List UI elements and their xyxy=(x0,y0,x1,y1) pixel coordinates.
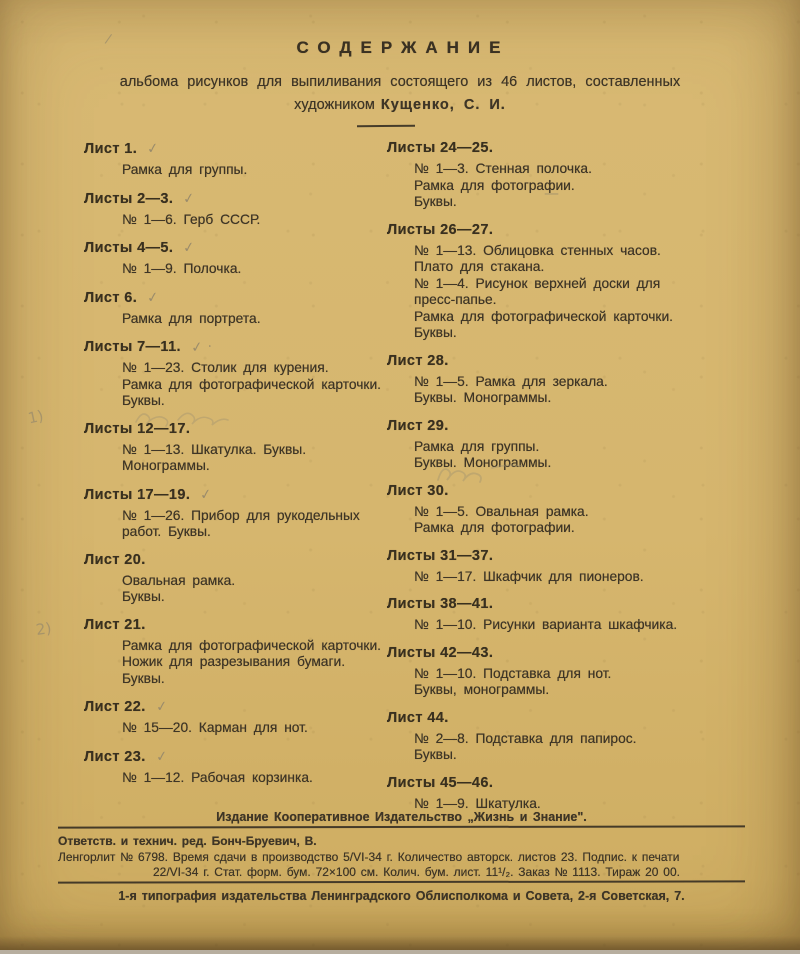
sheet-description-line: Монограммы. xyxy=(122,458,387,475)
sheet-description-block: № 1—26. Прибор для рукодельныхработ. Бук… xyxy=(122,508,387,541)
imprint-footer: Издание Кооперативное Издательство „Жизн… xyxy=(0,810,800,903)
editor-line: Ответств. и технич. ред. Бонч-Бруевич, В… xyxy=(58,834,745,848)
sheet-heading-row: Листы 17—19.✓ xyxy=(84,486,387,504)
sheet-description-line: Рамка для группы. xyxy=(414,439,748,456)
sheet-heading: Лист 20. xyxy=(84,552,146,568)
sheet-heading: Лист 44. xyxy=(387,710,449,726)
toc-entry: Листы 17—19.✓№ 1—26. Прибор для рукодель… xyxy=(84,486,387,541)
scan-edge xyxy=(0,950,800,954)
toc-entry: Листы 45—46.№ 1—9. Шкатулка. xyxy=(387,775,748,813)
page-bottom-shadow xyxy=(0,936,800,950)
sheet-heading: Лист 23. xyxy=(84,749,146,765)
sheet-description-line: № 2—8. Подставка для папирос. xyxy=(414,731,748,748)
imprint-line-1: Ленгорлит № 6798. Время сдачи в производ… xyxy=(58,850,745,864)
sheet-heading: Лист 29. xyxy=(387,418,449,434)
subtitle-line-1: альбома рисунков для выпиливания состоящ… xyxy=(10,74,790,90)
sheet-description-line: Рамка для фотографической карточки. xyxy=(122,377,387,394)
sheet-description-block: № 1—3. Стенная полочка.Рамка для фотогра… xyxy=(414,161,748,211)
sheet-description-line: Плато для стакана. xyxy=(414,259,748,276)
scanned-page: СОДЕРЖАНИЕ альбома рисунков для выпилива… xyxy=(0,0,800,954)
sheet-description-line: № 1—5. Овальная рамка. xyxy=(414,504,748,521)
sheet-description-line: Буквы. xyxy=(122,671,387,688)
sheet-description-line: работ. Буквы. xyxy=(122,524,387,541)
sheet-description-block: № 2—8. Подставка для папирос.Буквы. xyxy=(414,731,748,764)
sheet-heading: Листы 31—37. xyxy=(387,548,493,564)
sheet-heading-row: Лист 29. xyxy=(387,418,748,435)
toc-entry: Листы 2—3.✓№ 1—6. Герб СССР. xyxy=(84,190,387,229)
sheet-description-block: № 1—9. Полочка. xyxy=(122,261,387,278)
sheet-description-block: № 1—17. Шкафчик для пионеров. xyxy=(414,569,748,586)
toc-entry: Листы 42—43.№ 1—10. Подставка для нот.Бу… xyxy=(387,645,748,699)
sheet-description-line: № 1—4. Рисунок верхней доски для xyxy=(414,276,748,293)
toc-entry: Листы 31—37.№ 1—17. Шкафчик для пионеров… xyxy=(387,548,748,586)
sheet-description-block: Рамка для группы. xyxy=(122,162,387,179)
sheet-description-line: № 1—17. Шкафчик для пионеров. xyxy=(414,569,748,586)
sheet-heading-row: Листы 24—25. xyxy=(387,140,748,157)
sheet-heading-row: Лист 6.✓ xyxy=(84,289,387,307)
sheet-description-line: № 1—12. Рабочая корзинка. xyxy=(122,770,387,787)
sheet-heading-row: Лист 21. xyxy=(84,617,387,634)
sheet-description-line: Овальная рамка. xyxy=(122,573,387,590)
sheet-description-line: Рамка для группы. xyxy=(122,162,387,179)
sheet-heading: Лист 21. xyxy=(84,617,146,633)
sheet-description-line: № 15—20. Карман для нот. xyxy=(122,720,387,737)
sheet-description-line: Рамка для фотографии. xyxy=(414,178,748,195)
sheet-description-line: № 1—5. Рамка для зеркала. xyxy=(414,374,748,391)
sheet-description-block: № 1—12. Рабочая корзинка. xyxy=(122,770,387,787)
sheet-heading-row: Листы 45—46. xyxy=(387,775,748,792)
sheet-heading-row: Лист 28. xyxy=(387,353,748,370)
sheet-heading-row: Листы 4—5.✓ xyxy=(84,239,387,257)
sheet-heading-row: Листы 7—11.✓ · xyxy=(84,338,387,356)
toc-entry: Лист 30.№ 1—5. Овальная рамка.Рамка для … xyxy=(387,483,748,537)
toc-entry: Листы 26—27.№ 1—13. Облицовка стенных ча… xyxy=(387,222,748,342)
sheet-description-block: № 1—10. Подставка для нот.Буквы, моногра… xyxy=(414,666,748,699)
toc-entry: Листы 24—25.№ 1—3. Стенная полочка.Рамка… xyxy=(387,140,748,211)
sheet-description-line: № 1—10. Подставка для нот. xyxy=(414,666,748,683)
sheet-heading: Лист 1. xyxy=(84,141,137,157)
sheet-heading: Листы 38—41. xyxy=(387,596,493,612)
sheet-description-line: Буквы. xyxy=(414,747,748,764)
pencil-checkmark: ✓ xyxy=(146,139,160,158)
document-header: СОДЕРЖАНИЕ альбома рисунков для выпилива… xyxy=(0,0,800,127)
sheet-heading-row: Лист 23.✓ xyxy=(84,748,387,766)
sheet-description-block: Рамка для фотографической карточки.Ножик… xyxy=(122,638,387,688)
footer-rule-bottom xyxy=(58,880,745,883)
sheet-heading-row: Листы 42—43. xyxy=(387,645,748,662)
pencil-scribble xyxy=(432,458,532,488)
pencil-checkmark: ✓ xyxy=(182,189,196,208)
sheet-heading-row: Листы 2—3.✓ xyxy=(84,190,387,208)
sheet-description-block: Рамка для портрета. xyxy=(122,311,387,328)
toc-entry: Лист 44.№ 2—8. Подставка для папирос.Бук… xyxy=(387,710,748,764)
sheet-description-line: № 1—23. Столик для курения. xyxy=(122,360,387,377)
sheet-heading: Листы 45—46. xyxy=(387,775,493,791)
toc-entry: Лист 23.✓№ 1—12. Рабочая корзинка. xyxy=(84,748,387,787)
sheet-heading: Листы 24—25. xyxy=(387,140,493,156)
subtitle-normal: художником xyxy=(294,97,375,113)
author-name: Кущенко, С. И. xyxy=(381,97,506,113)
sheet-heading-row: Лист 22.✓ xyxy=(84,698,387,716)
sheet-description-line: Рамка для фотографической карточки. xyxy=(122,638,387,655)
sheet-description-line: Буквы. xyxy=(414,194,748,211)
toc-entry: Листы 7—11.✓ ·№ 1—23. Столик для курения… xyxy=(84,338,387,410)
sheet-description-block: № 1—6. Герб СССР. xyxy=(122,212,387,229)
sheet-description-line: Буквы. Монограммы. xyxy=(414,390,748,407)
sheet-description-block: № 1—13. Облицовка стенных часов.Плато дл… xyxy=(414,243,748,342)
sheet-heading-row: Лист 1.✓ xyxy=(84,140,387,158)
sheet-description-line: № 1—9. Полочка. xyxy=(122,261,387,278)
toc-column-left: Лист 1.✓Рамка для группы.Листы 2—3.✓№ 1—… xyxy=(84,140,387,823)
sheet-description-line: № 1—6. Герб СССР. xyxy=(122,212,387,229)
toc-entry: Лист 1.✓Рамка для группы. xyxy=(84,140,387,179)
sheet-description-line: Рамка для портрета. xyxy=(122,311,387,328)
imprint-line-2: 22/VI-34 г. Стат. форм. бум. 72×100 см. … xyxy=(153,865,745,879)
sheet-description-block: № 1—13. Шкатулка. Буквы.Монограммы. xyxy=(122,442,387,475)
sheet-heading-row: Листы 26—27. xyxy=(387,222,748,239)
toc-entry: Лист 28.№ 1—5. Рамка для зеркала.Буквы. … xyxy=(387,353,748,407)
sheet-heading: Листы 17—19. xyxy=(84,487,190,503)
toc-entry: Листы 38—41.№ 1—10. Рисунки варианта шка… xyxy=(387,596,748,634)
sheet-description-line: № 1—3. Стенная полочка. xyxy=(414,161,748,178)
sheet-description-line: № 1—10. Рисунки варианта шкафчика. xyxy=(414,617,748,634)
subtitle-line-2: художникомКущенко, С. И. xyxy=(0,97,800,113)
table-of-contents: Лист 1.✓Рамка для группы.Листы 2—3.✓№ 1—… xyxy=(0,140,800,823)
sheet-heading: Листы 4—5. xyxy=(84,240,173,256)
sheet-description-line: № 1—13. Облицовка стенных часов. xyxy=(414,243,748,260)
sheet-description-line: № 1—13. Шкатулка. Буквы. xyxy=(122,442,387,459)
sheet-description-block: № 1—5. Рамка для зеркала.Буквы. Монограм… xyxy=(414,374,748,407)
sheet-heading-row: Лист 20. xyxy=(84,552,387,569)
toc-entry: Лист 20.Овальная рамка.Буквы. xyxy=(84,552,387,606)
toc-entry: Лист 22.✓№ 15—20. Карман для нот. xyxy=(84,698,387,737)
sheet-heading-row: Листы 38—41. xyxy=(387,596,748,613)
page-title: СОДЕРЖАНИЕ xyxy=(6,38,800,58)
sheet-heading: Лист 22. xyxy=(84,699,146,715)
sheet-description-block: № 15—20. Карман для нот. xyxy=(122,720,387,737)
pencil-checkmark: ✓ · xyxy=(190,337,214,357)
toc-entry: Лист 6.✓Рамка для портрета. xyxy=(84,289,387,328)
title-divider xyxy=(357,125,415,127)
pencil-margin-mark-2: 2) xyxy=(35,619,53,639)
sheet-description-line: Рамка для фотографической карточки. xyxy=(414,309,748,326)
sheet-description-block: № 1—5. Овальная рамка.Рамка для фотограф… xyxy=(414,504,748,537)
sheet-description-line: Буквы. xyxy=(414,325,748,342)
sheet-description-line: № 1—26. Прибор для рукодельных xyxy=(122,508,387,525)
pencil-checkmark: ✓ xyxy=(182,238,196,257)
sheet-heading: Листы 2—3. xyxy=(84,191,173,207)
pencil-checkmark: ✓ xyxy=(146,288,160,307)
sheet-description-line: Ножик для разрезывания бумаги. xyxy=(122,654,387,671)
sheet-heading-row: Листы 31—37. xyxy=(387,548,748,565)
sheet-description-line: Буквы, монограммы. xyxy=(414,682,748,699)
sheet-heading: Листы 7—11. xyxy=(84,339,181,355)
pencil-scribble xyxy=(132,404,262,430)
sheet-description-block: № 1—23. Столик для курения.Рамка для фот… xyxy=(122,360,387,410)
sheet-description-line: Буквы. xyxy=(122,589,387,606)
sheet-heading: Листы 26—27. xyxy=(387,222,493,238)
toc-entry: Лист 21.Рамка для фотографической карточ… xyxy=(84,617,387,688)
pencil-checkmark: ✓ xyxy=(155,747,169,766)
sheet-description-line: Рамка для фотографии. xyxy=(414,520,748,537)
publisher-line: Издание Кооперативное Издательство „Жизн… xyxy=(58,810,745,824)
pencil-checkmark: ✓ xyxy=(155,697,169,716)
pencil-dash-mark: — xyxy=(544,184,558,202)
toc-entry: Листы 4—5.✓№ 1—9. Полочка. xyxy=(84,239,387,278)
footer-rule-top xyxy=(58,825,745,828)
sheet-heading-row: Лист 44. xyxy=(387,710,748,727)
printer-line: 1-я типография издательства Ленинградско… xyxy=(58,889,745,903)
sheet-heading: Лист 28. xyxy=(387,353,449,369)
sheet-description-block: № 1—10. Рисунки варианта шкафчика. xyxy=(414,617,748,634)
sheet-description-line: пресс-папье. xyxy=(414,292,748,309)
pencil-checkmark: ✓ xyxy=(199,485,213,504)
sheet-heading: Листы 42—43. xyxy=(387,645,493,661)
sheet-heading: Лист 6. xyxy=(84,290,137,306)
sheet-description-block: Овальная рамка.Буквы. xyxy=(122,573,387,606)
